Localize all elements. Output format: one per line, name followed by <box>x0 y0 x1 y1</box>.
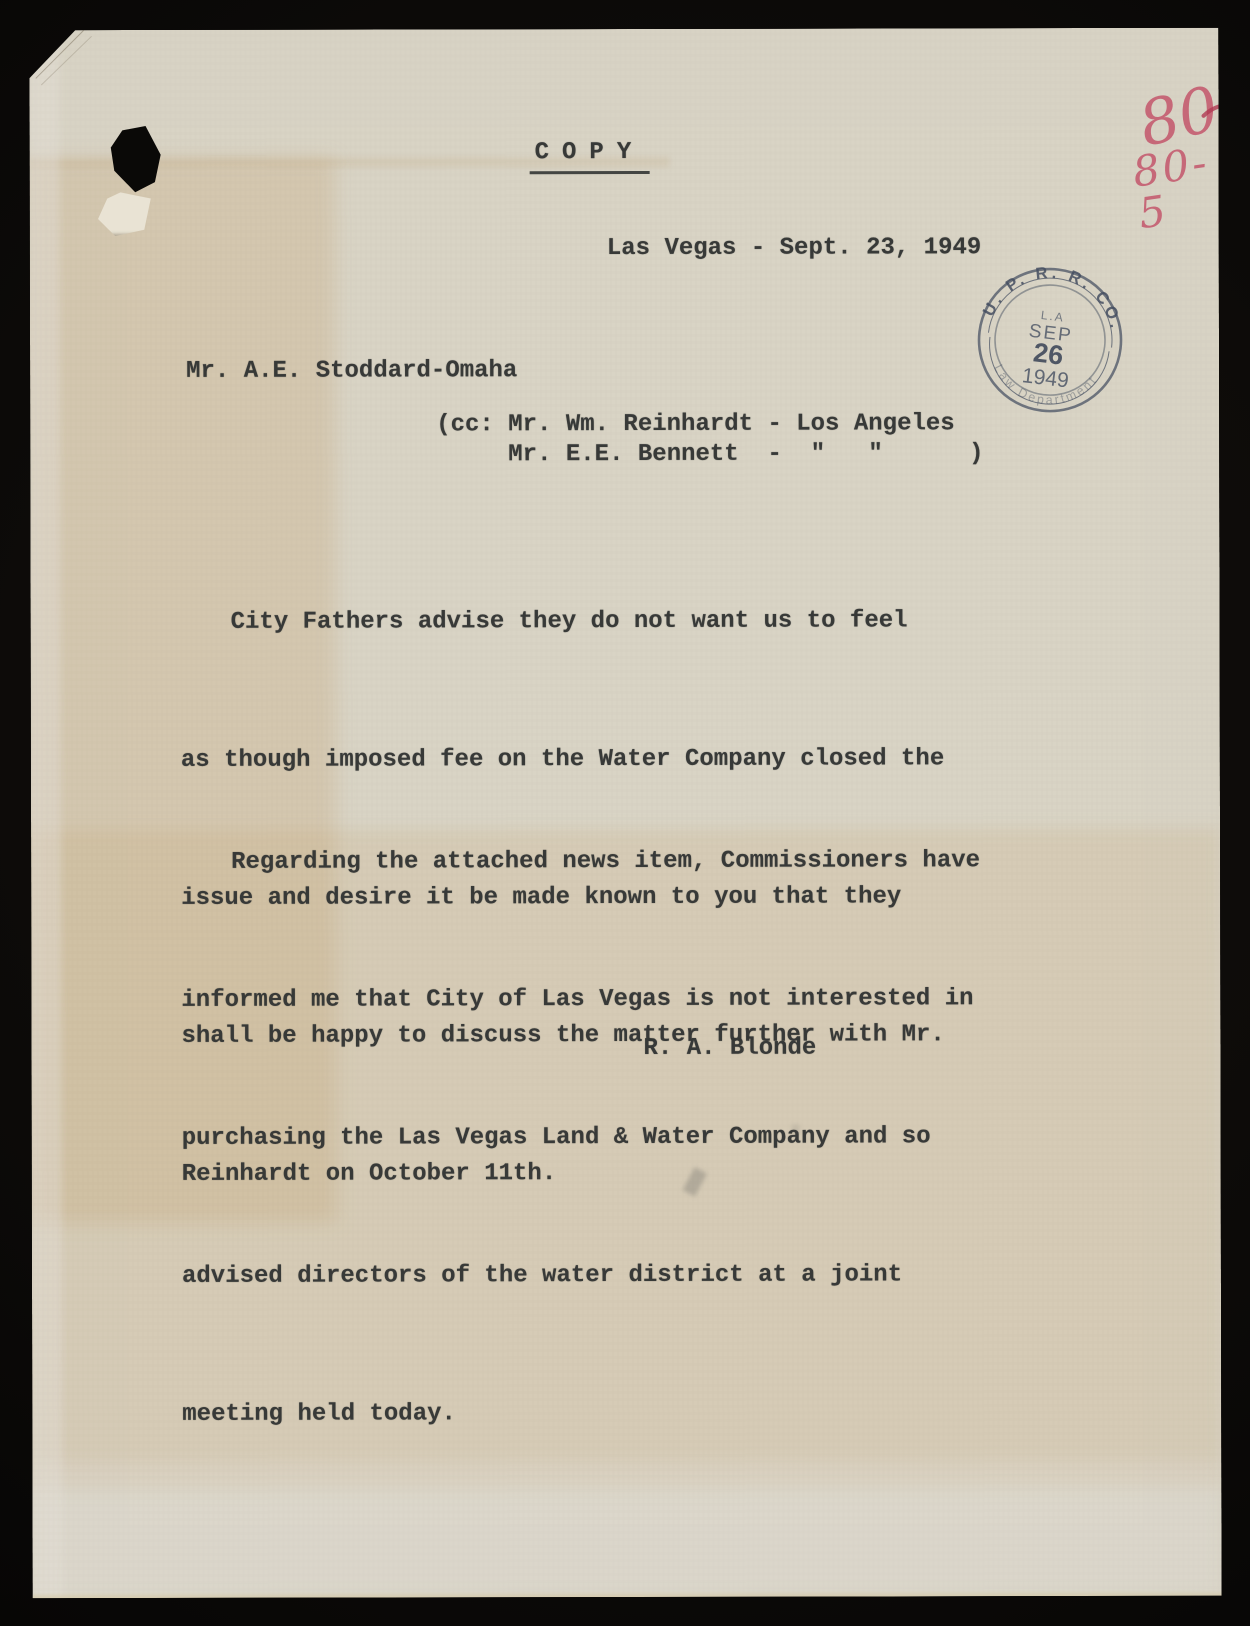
paper-left-edge-light <box>29 30 62 1598</box>
signature-line: R. A. Blonde <box>643 1037 816 1061</box>
recipient-line: Mr. A.E. Stoddard-Omaha <box>186 359 517 384</box>
dateline: Las Vegas - Sept. 23, 1949 <box>607 236 982 261</box>
body-line: informed me that City of Las Vegas is no… <box>181 976 980 1024</box>
uprr-date-stamp: U. P. R. R. CO. Law Department L.A SEP 2… <box>970 260 1130 420</box>
body-paragraph-2: Regarding the attached news item, Commis… <box>181 746 982 1530</box>
handwritten-code-bottom: 80-5 <box>1130 140 1224 235</box>
body-line: City Fathers advise they do not want us … <box>181 598 944 646</box>
letter-page: COPY Las Vegas - Sept. 23, 1949 Mr. A.E.… <box>29 28 1221 1598</box>
body-line: purchasing the Las Vegas Land & Water Co… <box>182 1114 981 1162</box>
punch-hole <box>110 126 168 198</box>
scan-background: COPY Las Vegas - Sept. 23, 1949 Mr. A.E.… <box>0 0 1250 1626</box>
corner-fold-crease-2 <box>41 36 92 85</box>
body-line: meeting held today. <box>182 1390 981 1438</box>
pencil-smudge <box>792 1125 800 1135</box>
copy-heading: COPY <box>530 141 650 174</box>
cc-line-1: (cc: Mr. Wm. Reinhardt - Los Angeles <box>436 412 955 437</box>
body-line: Regarding the attached news item, Commis… <box>181 838 980 886</box>
body-line: advised directors of the water district … <box>182 1252 981 1300</box>
handwritten-tick-mark <box>1201 94 1250 134</box>
corner-fold-crease <box>35 19 95 79</box>
cc-line-2: Mr. E.E. Bennett - " " ) <box>436 442 983 467</box>
